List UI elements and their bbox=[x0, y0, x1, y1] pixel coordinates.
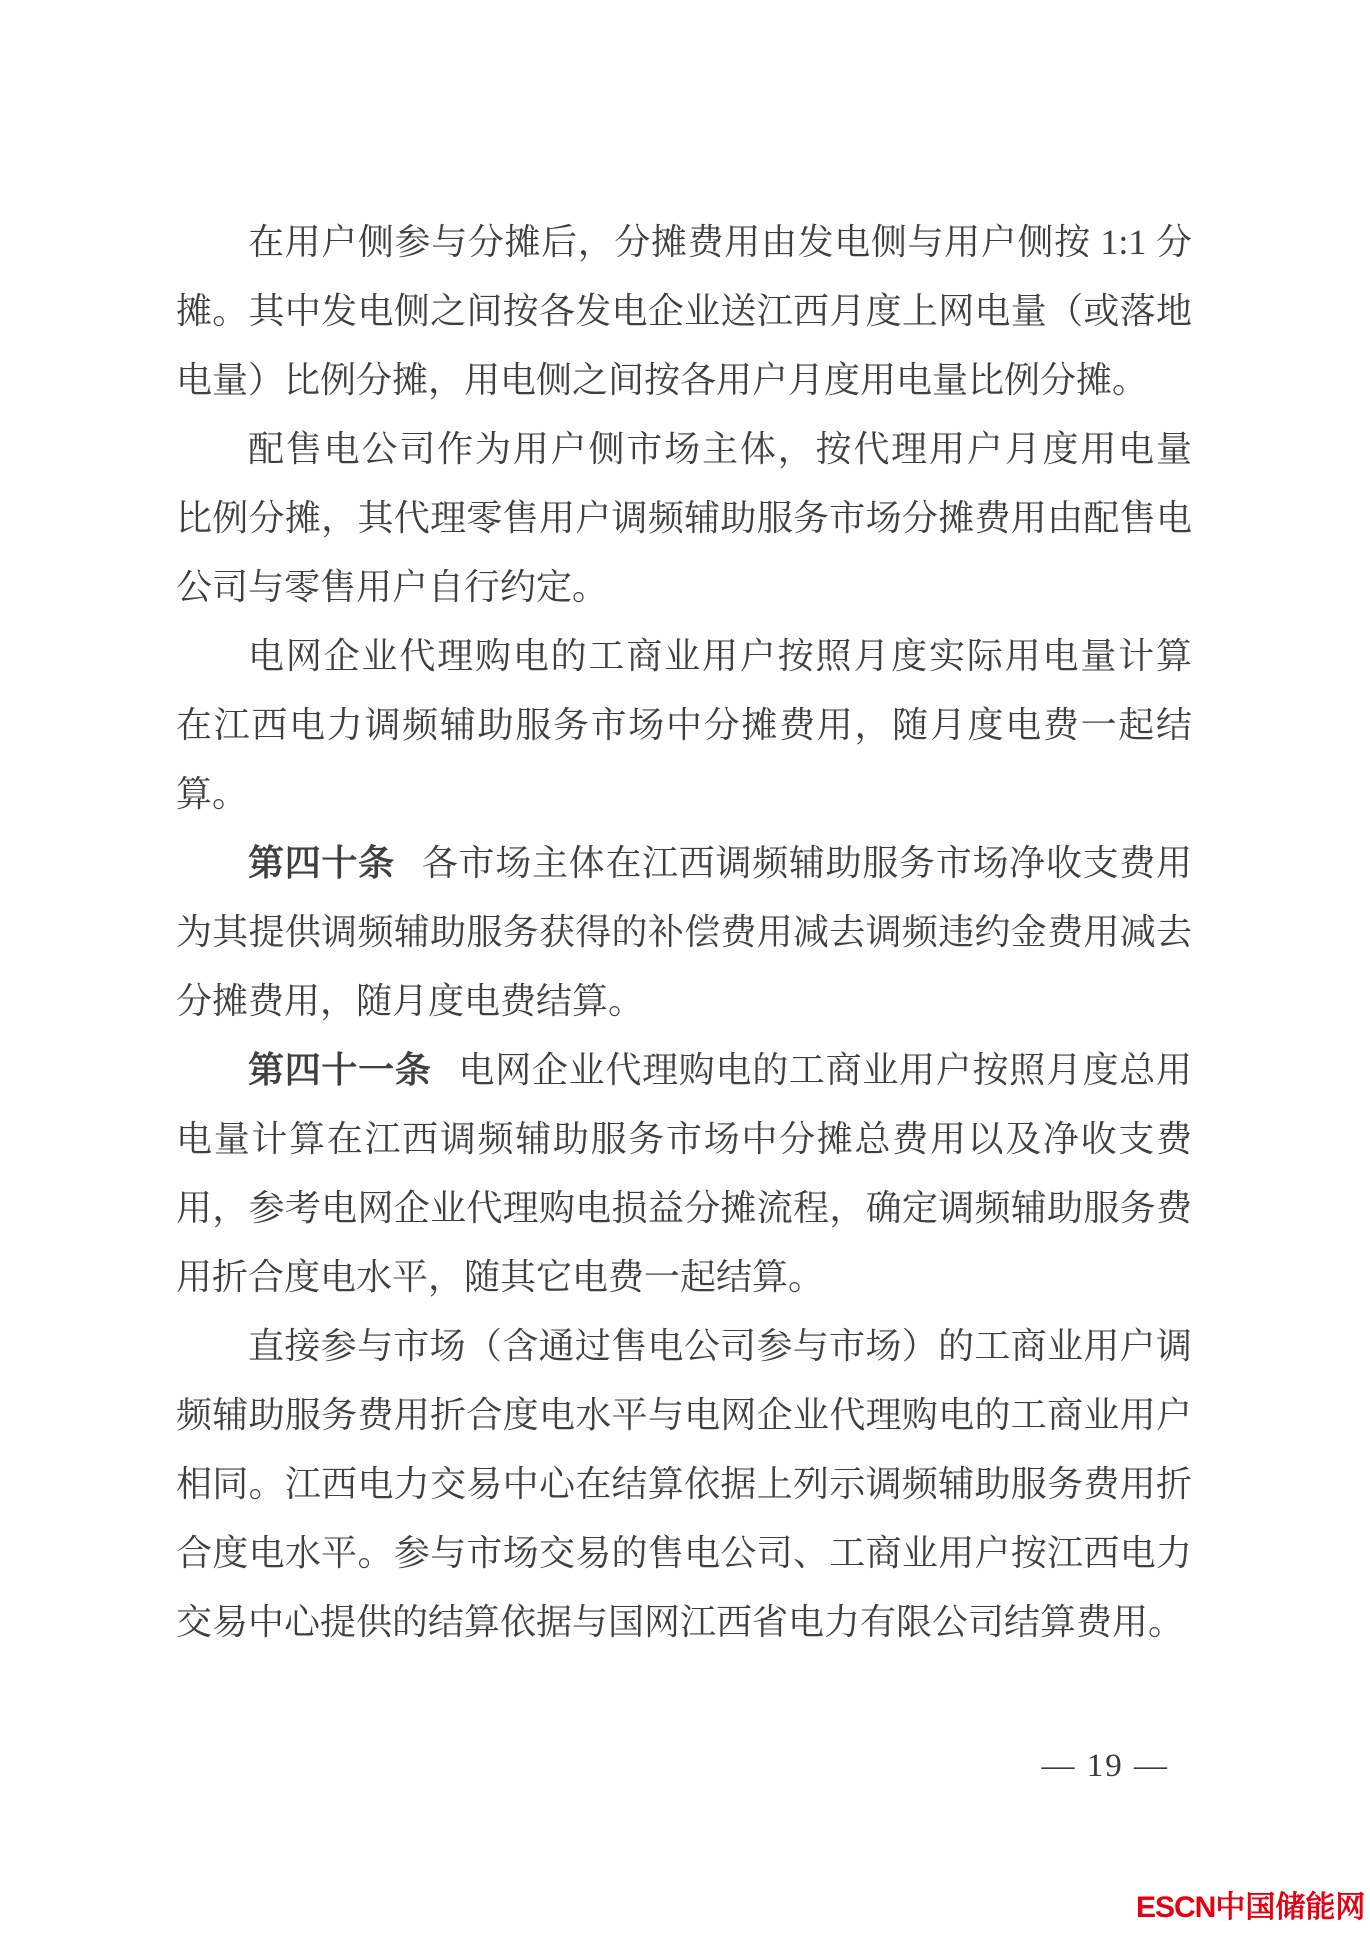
text-line: 比例分摊，其代理零售用户调频辅助服务市场分摊费用由配售电 bbox=[176, 484, 1192, 553]
body-text-segment: 算。 bbox=[176, 774, 248, 814]
escn-logo-cn-text: 中国储能网 bbox=[1215, 1891, 1365, 1924]
body-text-segment: 比例分摊，其代理零售用户调频辅助服务市场分摊费用由配售电 bbox=[176, 498, 1192, 538]
text-line: 为其提供调频辅助服务获得的补偿费用减去调频违约金费用减去 bbox=[176, 898, 1192, 967]
body-text-segment: 用，参考电网企业代理购电损益分摊流程，确定调频辅助服务费 bbox=[176, 1188, 1192, 1228]
body-text-segment: 摊。其中发电侧之间按各发电企业送江西月度上网电量（或落地 bbox=[176, 291, 1192, 331]
paragraph: 直接参与市场（含通过售电公司参与市场）的工商业用户调频辅助服务费用折合度电水平与… bbox=[176, 1312, 1192, 1657]
text-line: 相同。江西电力交易中心在结算依据上列示调频辅助服务费用折 bbox=[176, 1450, 1192, 1519]
article-number-text: 第四十条 bbox=[248, 843, 395, 883]
body-text-segment: 交易中心提供的结算依据与国网江西省电力有限公司结算费用。 bbox=[176, 1602, 1184, 1642]
body-text-segment: 电网企业代理购电的工商业用户按照月度总用 bbox=[459, 1050, 1192, 1090]
text-line: 用，参考电网企业代理购电损益分摊流程，确定调频辅助服务费 bbox=[176, 1174, 1192, 1243]
text-line: 电网企业代理购电的工商业用户按照月度实际用电量计算 bbox=[176, 622, 1192, 691]
text-line: 电量计算在江西调频辅助服务市场中分摊总费用以及净收支费 bbox=[176, 1105, 1192, 1174]
body-text-segment: 各市场主体在江西调频辅助服务市场净收支费用 bbox=[422, 843, 1192, 883]
text-line: 合度电水平。参与市场交易的售电公司、工商业用户按江西电力 bbox=[176, 1519, 1192, 1588]
body-text-segment: 分摊费用，随月度电费结算。 bbox=[176, 981, 644, 1021]
body-text-segment: 合度电水平。参与市场交易的售电公司、工商业用户按江西电力 bbox=[176, 1533, 1192, 1573]
text-line: 频辅助服务费用折合度电水平与电网企业代理购电的工商业用户 bbox=[176, 1381, 1192, 1450]
text-line: 用折合度电水平，随其它电费一起结算。 bbox=[176, 1243, 1192, 1312]
text-line: 配售电公司作为用户侧市场主体，按代理用户月度用电量 bbox=[176, 415, 1192, 484]
body-text-segment: 电网企业代理购电的工商业用户按照月度实际用电量计算 bbox=[248, 636, 1192, 676]
article-number-text: 第四十一条 bbox=[248, 1050, 432, 1090]
text-line: 算。 bbox=[176, 760, 1192, 829]
paragraph: 第四十一条电网企业代理购电的工商业用户按照月度总用电量计算在江西调频辅助服务市场… bbox=[176, 1036, 1192, 1312]
escn-watermark-logo: ESCN中国储能网 bbox=[1136, 1890, 1365, 1926]
text-block: 在用户侧参与分摊后，分摊费用由发电侧与用户侧按 1:1 分摊。其中发电侧之间按各… bbox=[176, 208, 1192, 1657]
text-line: 第四十一条电网企业代理购电的工商业用户按照月度总用 bbox=[176, 1036, 1192, 1105]
body-text-segment: 电量计算在江西调频辅助服务市场中分摊总费用以及净收支费 bbox=[176, 1119, 1192, 1159]
text-line: 直接参与市场（含通过售电公司参与市场）的工商业用户调 bbox=[176, 1312, 1192, 1381]
text-line: 交易中心提供的结算依据与国网江西省电力有限公司结算费用。 bbox=[176, 1588, 1192, 1657]
body-text-segment: 用折合度电水平，随其它电费一起结算。 bbox=[176, 1257, 824, 1297]
text-line: 在江西电力调频辅助服务市场中分摊费用，随月度电费一起结 bbox=[176, 691, 1192, 760]
body-text-segment: 在江西电力调频辅助服务市场中分摊费用，随月度电费一起结 bbox=[176, 705, 1192, 745]
body-text-segment: 相同。江西电力交易中心在结算依据上列示调频辅助服务费用折 bbox=[176, 1464, 1192, 1504]
text-line: 分摊费用，随月度电费结算。 bbox=[176, 967, 1192, 1036]
body-text-segment: 直接参与市场（含通过售电公司参与市场）的工商业用户调 bbox=[248, 1326, 1192, 1366]
text-line: 摊。其中发电侧之间按各发电企业送江西月度上网电量（或落地 bbox=[176, 277, 1192, 346]
body-text-segment: 在用户侧参与分摊后，分摊费用由发电侧与用户侧按 1:1 分 bbox=[248, 222, 1192, 262]
escn-logo-latin-text: ESCN bbox=[1136, 1891, 1215, 1924]
document-page: 在用户侧参与分摊后，分摊费用由发电侧与用户侧按 1:1 分摊。其中发电侧之间按各… bbox=[0, 0, 1370, 1953]
text-line: 在用户侧参与分摊后，分摊费用由发电侧与用户侧按 1:1 分 bbox=[176, 208, 1192, 277]
body-text-segment: 公司与零售用户自行约定。 bbox=[176, 567, 608, 607]
paragraph: 电网企业代理购电的工商业用户按照月度实际用电量计算在江西电力调频辅助服务市场中分… bbox=[176, 622, 1192, 829]
paragraph: 在用户侧参与分摊后，分摊费用由发电侧与用户侧按 1:1 分摊。其中发电侧之间按各… bbox=[176, 208, 1192, 415]
text-line: 第四十条各市场主体在江西调频辅助服务市场净收支费用 bbox=[176, 829, 1192, 898]
body-text-segment: 为其提供调频辅助服务获得的补偿费用减去调频违约金费用减去 bbox=[176, 912, 1192, 952]
text-line: 电量）比例分摊，用电侧之间按各用户月度用电量比例分摊。 bbox=[176, 346, 1192, 415]
text-line: 公司与零售用户自行约定。 bbox=[176, 553, 1192, 622]
paragraph: 配售电公司作为用户侧市场主体，按代理用户月度用电量比例分摊，其代理零售用户调频辅… bbox=[176, 415, 1192, 622]
paragraph: 第四十条各市场主体在江西调频辅助服务市场净收支费用为其提供调频辅助服务获得的补偿… bbox=[176, 829, 1192, 1036]
body-text-segment: 电量）比例分摊，用电侧之间按各用户月度用电量比例分摊。 bbox=[176, 360, 1148, 400]
footer-page-number: — 19 — bbox=[1042, 1748, 1170, 1785]
body-text-segment: 配售电公司作为用户侧市场主体，按代理用户月度用电量 bbox=[248, 429, 1192, 469]
body-text-segment: 频辅助服务费用折合度电水平与电网企业代理购电的工商业用户 bbox=[176, 1395, 1192, 1435]
